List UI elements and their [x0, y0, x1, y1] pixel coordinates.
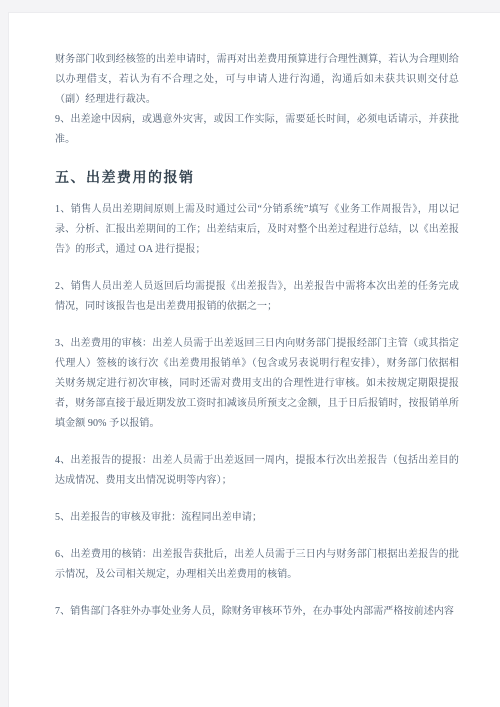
paragraph: 2、销售人员出差人员返回后均需提报《出差报告》，出差报告中需将本次出差的任务完成… [55, 277, 459, 317]
section-paragraphs: 1、销售人员出差期间原则上需及时通过公司“分销系统”填写《业务工作周报告》，用以… [55, 200, 459, 622]
intro-paragraphs: 财务部门收到经核签的出差申请时，需再对出差费用预算进行合理性测算，若认为合理则给… [55, 50, 459, 150]
document-page: 财务部门收到经核签的出差申请时，需再对出差费用预算进行合理性测算，若认为合理则给… [8, 12, 500, 707]
page-content: 财务部门收到经核签的出差申请时，需再对出差费用预算进行合理性测算，若认为合理则给… [9, 13, 500, 622]
paragraph: 6、出差费用的核销：出差报告获批后，出差人员需于三日内与财务部门根据出差报告的批… [55, 545, 459, 585]
paragraph: 4、出差报告的提报：出差人员需于出差返回一周内，提报本行次出差报告（包括出差目的… [55, 451, 459, 491]
paragraph: 7、销售部门各驻外办事处业务人员，除财务审核环节外，在办事处内部需严格按前述内容 [55, 602, 459, 622]
paragraph: 9、出差途中因病，或遇意外灾害，或因工作实际，需要延长时间，必须电话请示，并获批… [55, 110, 459, 150]
paragraph: 财务部门收到经核签的出差申请时，需再对出差费用预算进行合理性测算，若认为合理则给… [55, 50, 459, 110]
paragraph: 1、销售人员出差期间原则上需及时通过公司“分销系统”填写《业务工作周报告》，用以… [55, 200, 459, 260]
document-viewer: 财务部门收到经核签的出差申请时，需再对出差费用预算进行合理性测算，若认为合理则给… [0, 0, 500, 707]
section-heading: 五、出差费用的报销 [55, 168, 459, 190]
paragraph: 5、出差报告的审核及审批：流程同出差申请； [55, 508, 459, 528]
paragraph: 3、出差费用的审核：出差人员需于出差返回三日内向财务部门提报经部门主管（或其指定… [55, 334, 459, 434]
